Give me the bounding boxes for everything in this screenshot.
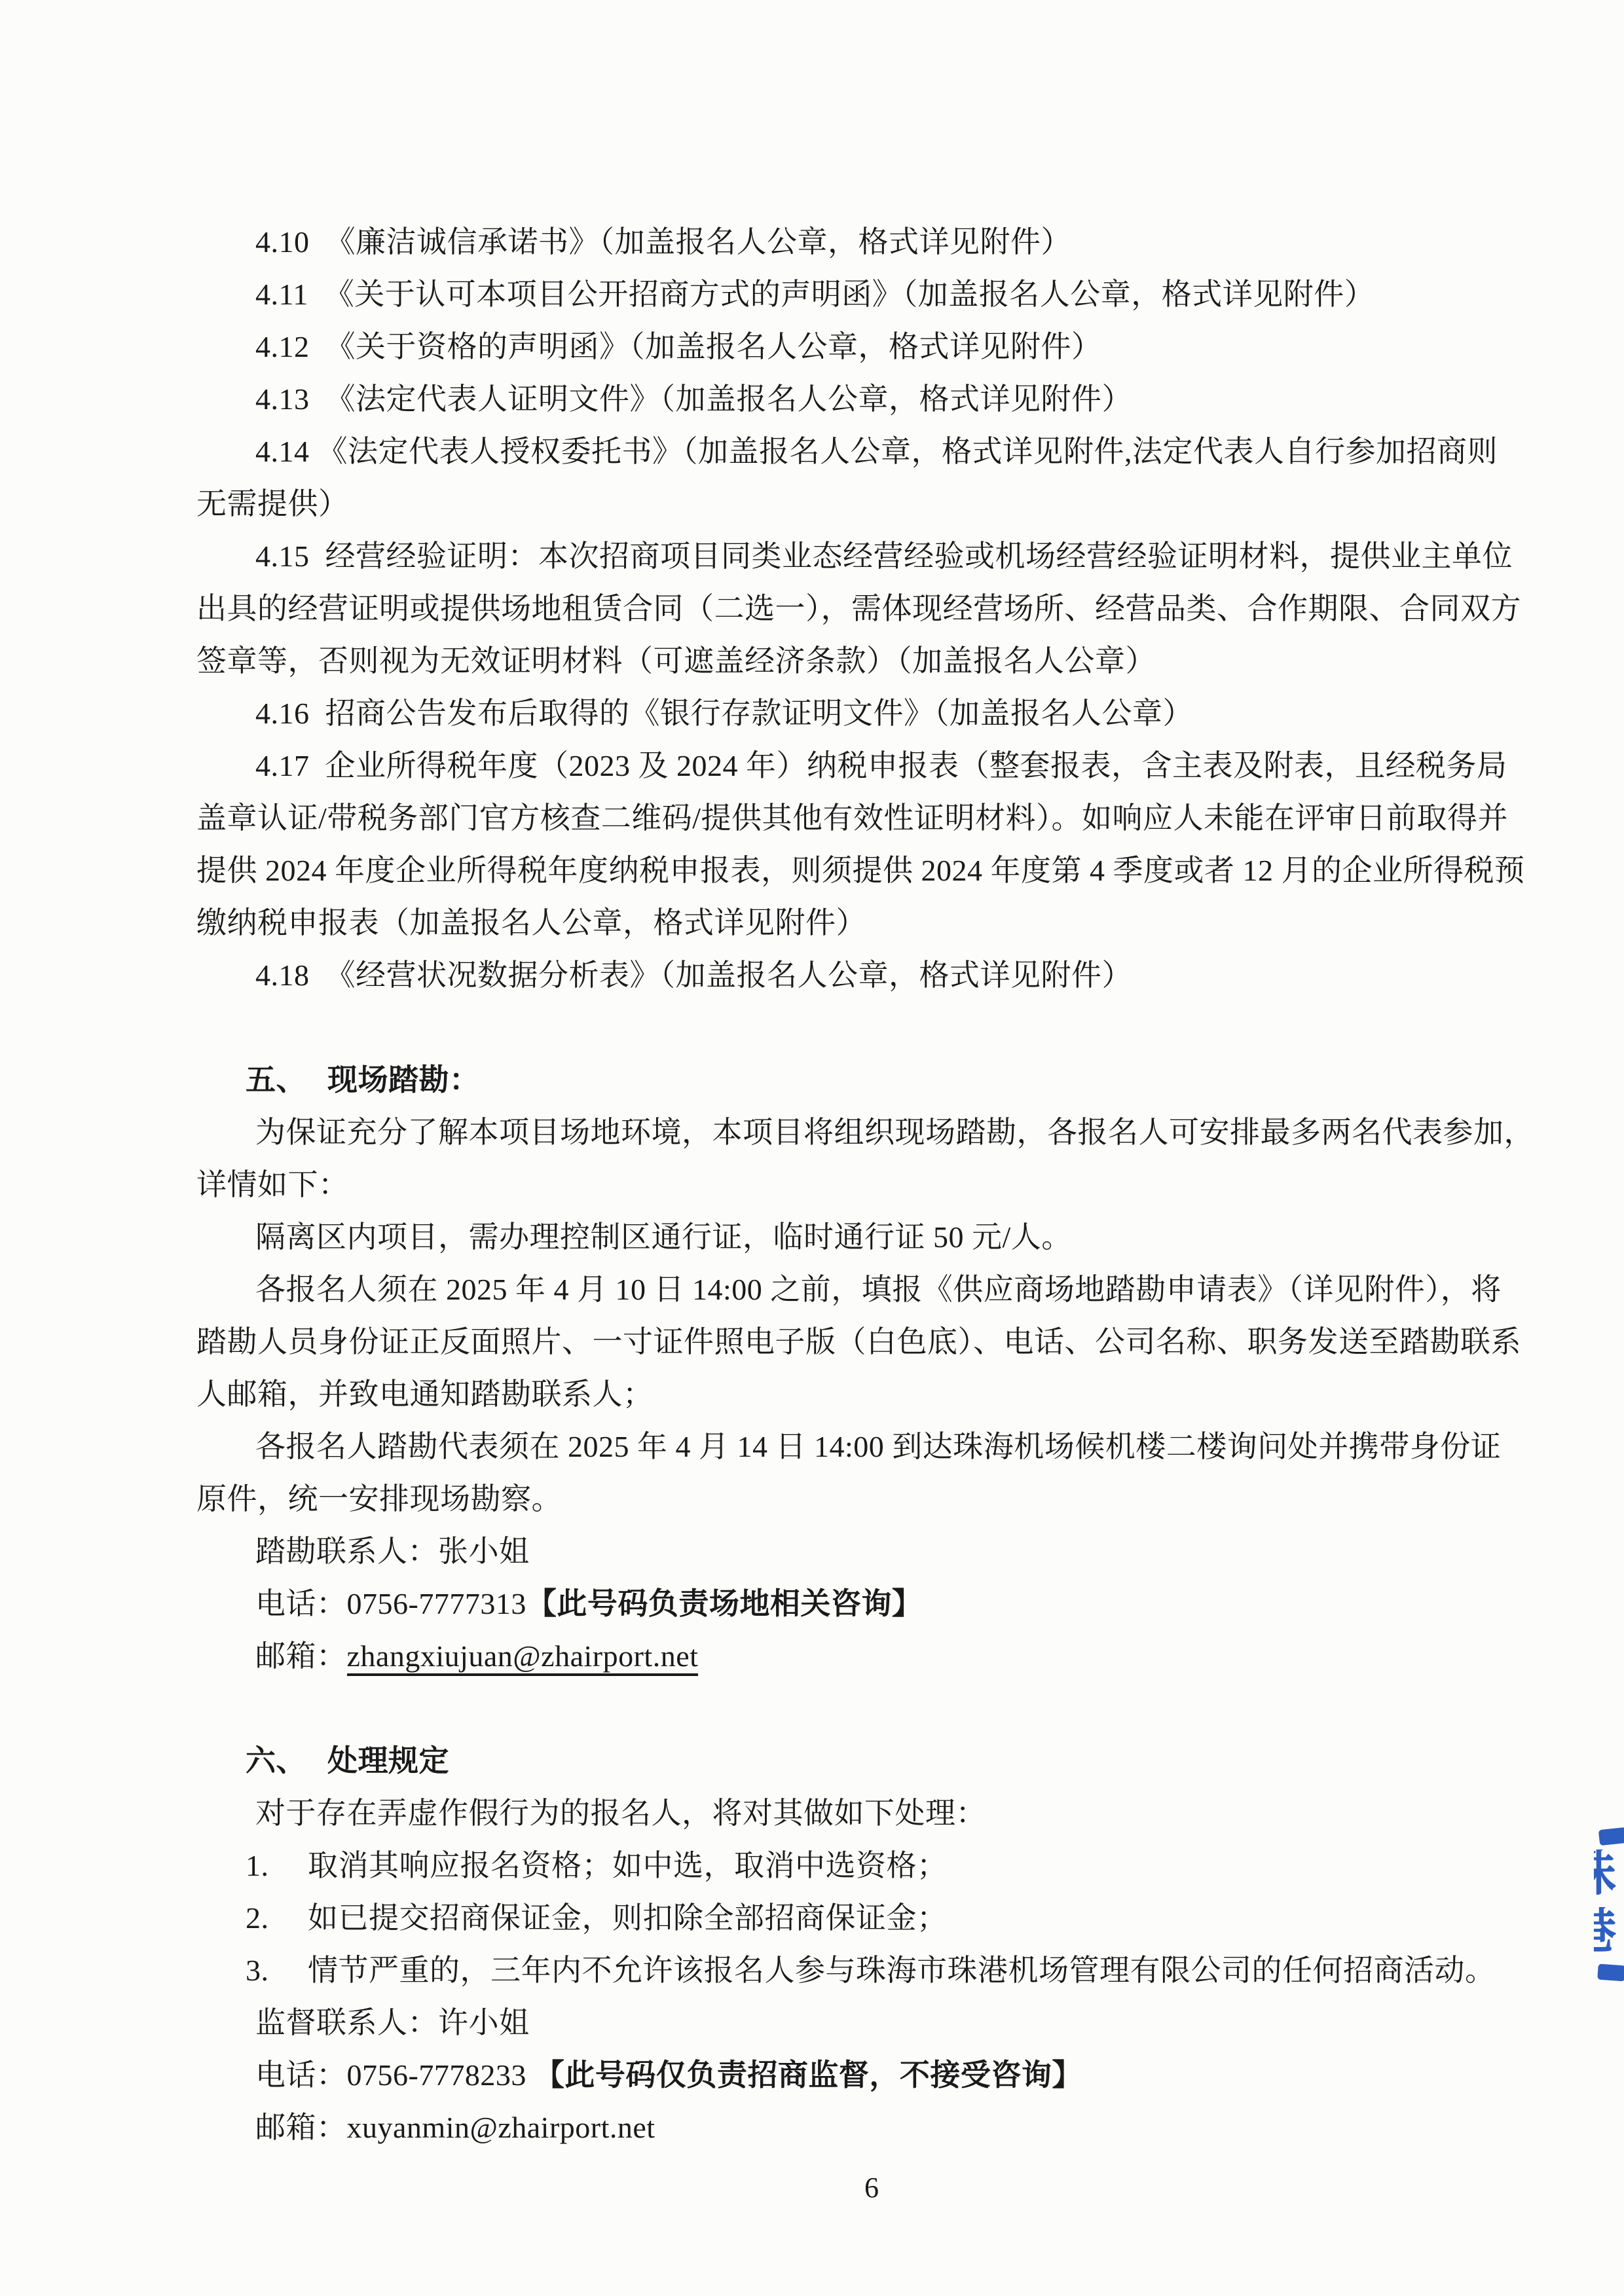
text-segment: 【此号码负责场地相关咨询】 [526, 1587, 923, 1620]
doc-line: 为保证充分了解本项目场地环境，本项目将组织现场踏勘，各报名人可安排最多两名代表参… [196, 1106, 1547, 1159]
line-number: 2. [246, 1892, 308, 1944]
stamp-top-bar [1598, 1827, 1624, 1846]
text-segment: 踏勘联系人：张小姐 [255, 1535, 530, 1568]
doc-line: 出具的经营证明或提供场地租赁合同（二选一），需体现经营场所、经营品类、合作期限、… [196, 583, 1547, 635]
doc-line: 4.13 《法定代表人证明文件》（加盖报名人公章，格式详见附件） [196, 373, 1547, 426]
doc-line: 4.10 《廉洁诚信承诺书》（加盖报名人公章，格式详见附件） [196, 216, 1547, 268]
doc-line: 人邮箱，并致电通知踏勘联系人； [196, 1368, 1547, 1421]
doc-line: 4.12 《关于资格的声明函》（加盖报名人公章，格式详见附件） [196, 321, 1547, 373]
text-segment: 4.17 企业所得税年度（2023 及 2024 年）纳税申报表（整套报表，含主… [255, 749, 1507, 782]
text-segment: 取消其响应报名资格；如中选，取消中选资格； [308, 1849, 948, 1882]
doc-line: 4.11 《关于认可本项目公开招商方式的声明函》（加盖报名人公章，格式详见附件） [196, 268, 1547, 321]
blank-line [196, 1683, 1547, 1735]
supervision-contact-name: 监督联系人：许小姐 [196, 1997, 1547, 2049]
text-segment: 无需提供） [196, 487, 349, 520]
text-segment: 电话：0756-7778233 [255, 2058, 534, 2092]
section-heading-5: 五、现场踏勘： [196, 1054, 1547, 1106]
doc-line: 原件，统一安排现场勘察。 [196, 1473, 1547, 1525]
line-number: 3. [246, 1944, 308, 1997]
doc-line: 无需提供） [196, 478, 1547, 530]
text-segment: 4.15 经营经验证明：本次招商项目同类业态经营经验或机场经营经验证明材料，提供… [255, 539, 1513, 573]
stamp-bottom-bar [1597, 1964, 1624, 1982]
doc-line: 踏勘人员身份证正反面照片、一寸证件照电子版（白色底）、电话、公司名称、职务发送至… [196, 1316, 1547, 1368]
line-number: 五、 [246, 1054, 327, 1106]
section-heading-6: 六、处理规定 [196, 1735, 1547, 1787]
doc-line: 4.17 企业所得税年度（2023 及 2024 年）纳税申报表（整套报表，含主… [196, 740, 1547, 792]
stamp-glyph-fragment: 珠 [1594, 1850, 1616, 1902]
text-segment: 4.14 《法定代表人授权委托书》（加盖报名人公章，格式详见附件,法定代表人自行… [255, 435, 1498, 468]
supervision-contact-phone: 电话：0756-7778233 【此号码仅负责招商监督，不接受咨询】 [196, 2049, 1547, 2102]
text-segment: 电话：0756-7777313 [255, 1587, 526, 1620]
text-segment: 人邮箱，并致电通知踏勘联系人； [196, 1377, 654, 1411]
text-segment: 4.10 《廉洁诚信承诺书》（加盖报名人公章，格式详见附件） [255, 225, 1071, 259]
text-segment: 监督联系人：许小姐 [255, 2006, 530, 2039]
text-segment: 详情如下： [196, 1168, 349, 1201]
text-segment: 4.13 《法定代表人证明文件》（加盖报名人公章，格式详见附件） [255, 382, 1132, 416]
text-segment: 4.18 《经营状况数据分析表》（加盖报名人公章，格式详见附件） [255, 958, 1132, 992]
doc-line: 2.如已提交招商保证金，则扣除全部招商保证金； [196, 1892, 1547, 1944]
text-segment: 踏勘人员身份证正反面照片、一寸证件照电子版（白色底）、电话、公司名称、职务发送至… [196, 1325, 1521, 1358]
email-text: zhangxiujuan@zhairport.net [347, 1639, 699, 1676]
doc-line: 4.14 《法定代表人授权委托书》（加盖报名人公章，格式详见附件,法定代表人自行… [196, 426, 1547, 478]
text-segment: 处理规定 [327, 1744, 449, 1777]
text-segment: 情节严重的，三年内不允许该报名人参与珠海市珠港机场管理有限公司的任何招商活动。 [308, 1954, 1496, 1987]
text-segment: 各报名人踏勘代表须在 2025 年 4 月 14 日 14:00 到达珠海机场候… [255, 1430, 1501, 1463]
text-segment: 出具的经营证明或提供场地租赁合同（二选一），需体现经营场所、经营品类、合作期限、… [196, 592, 1521, 625]
text-segment: 对于存在弄虚作假行为的报名人，将对其做如下处理： [255, 1796, 986, 1830]
doc-line: 隔离区内项目，需办理控制区通行证，临时通行证 50 元/人。 [196, 1211, 1547, 1264]
doc-line: 对于存在弄虚作假行为的报名人，将对其做如下处理： [196, 1787, 1547, 1840]
doc-line: 4.18 《经营状况数据分析表》（加盖报名人公章，格式详见附件） [196, 949, 1547, 1002]
doc-line: 盖章认证/带税务部门官方核查二维码/提供其他有效性证明材料）。如响应人未能在评审… [196, 792, 1547, 845]
supervision-contact-email: 邮箱：xuyanmin@zhairport.net [196, 2102, 1547, 2154]
stamp-glyph-fragment: 港 [1594, 1907, 1616, 1959]
text-segment: 提供 2024 年度企业所得税年度纳税申报表，则须提供 2024 年度第 4 季… [196, 854, 1525, 887]
text-segment: 隔离区内项目，需办理控制区通行证，临时通行证 50 元/人。 [255, 1220, 1072, 1254]
survey-contact-email: 邮箱：zhangxiujuan@zhairport.net [196, 1630, 1547, 1683]
doc-line: 缴纳税申报表（加盖报名人公章，格式详见附件） [196, 897, 1547, 949]
doc-line: 提供 2024 年度企业所得税年度纳税申报表，则须提供 2024 年度第 4 季… [196, 845, 1547, 897]
survey-contact-name: 踏勘联系人：张小姐 [196, 1525, 1547, 1578]
text-segment: 缴纳税申报表（加盖报名人公章，格式详见附件） [196, 906, 866, 939]
line-number: 六、 [246, 1735, 327, 1787]
doc-line: 详情如下： [196, 1159, 1547, 1211]
page-number: 6 [196, 2168, 1547, 2208]
text-segment: 4.12 《关于资格的声明函》（加盖报名人公章，格式详见附件） [255, 330, 1102, 363]
blue-stamp: 珠 港 [1594, 1829, 1624, 1979]
text-segment: 邮箱： [255, 1639, 347, 1673]
text-segment: 【此号码仅负责招商监督，不接受咨询】 [534, 2058, 1082, 2092]
text-segment: 盖章认证/带税务部门官方核查二维码/提供其他有效性证明材料）。如响应人未能在评审… [196, 801, 1508, 835]
doc-line: 各报名人踏勘代表须在 2025 年 4 月 14 日 14:00 到达珠海机场候… [196, 1421, 1547, 1473]
document-body: 4.10 《廉洁诚信承诺书》（加盖报名人公章，格式详见附件）4.11 《关于认可… [196, 216, 1547, 2154]
text-segment: 为保证充分了解本项目场地环境，本项目将组织现场踏勘，各报名人可安排最多两名代表参… [255, 1116, 1534, 1149]
text-segment: 原件，统一安排现场勘察。 [196, 1482, 562, 1516]
text-segment: 4.11 《关于认可本项目公开招商方式的声明函》（加盖报名人公章，格式详见附件） [255, 278, 1375, 311]
doc-line: 1.取消其响应报名资格；如中选，取消中选资格； [196, 1840, 1547, 1892]
doc-line: 4.15 经营经验证明：本次招商项目同类业态经营经验或机场经营经验证明材料，提供… [196, 530, 1547, 583]
text-segment: 各报名人须在 2025 年 4 月 10 日 14:00 之前，填报《供应商场地… [255, 1273, 1502, 1306]
text-segment: 邮箱：xuyanmin@zhairport.net [255, 2111, 655, 2144]
text-segment: 签章等，否则视为无效证明材料（可遮盖经济条款）（加盖报名人公章） [196, 644, 1156, 678]
doc-line: 4.16 招商公告发布后取得的《银行存款证明文件》（加盖报名人公章） [196, 687, 1547, 740]
text-segment: 如已提交招商保证金，则扣除全部招商保证金； [308, 1901, 948, 1935]
blank-line [196, 1002, 1547, 1054]
survey-contact-phone: 电话：0756-7777313【此号码负责场地相关咨询】 [196, 1578, 1547, 1630]
stamp-glyph-window: 珠 [1594, 1850, 1624, 1902]
doc-line: 签章等，否则视为无效证明材料（可遮盖经济条款）（加盖报名人公章） [196, 635, 1547, 687]
stamp-glyph-window: 港 [1594, 1907, 1624, 1959]
document-page: 4.10 《廉洁诚信承诺书》（加盖报名人公章，格式详见附件）4.11 《关于认可… [0, 0, 1624, 2296]
text-segment: 4.16 招商公告发布后取得的《银行存款证明文件》（加盖报名人公章） [255, 697, 1193, 730]
line-number: 1. [246, 1840, 308, 1892]
doc-line: 各报名人须在 2025 年 4 月 10 日 14:00 之前，填报《供应商场地… [196, 1264, 1547, 1316]
doc-line: 3.情节严重的，三年内不允许该报名人参与珠海市珠港机场管理有限公司的任何招商活动… [196, 1944, 1547, 1997]
text-segment: 现场踏勘： [327, 1063, 480, 1097]
